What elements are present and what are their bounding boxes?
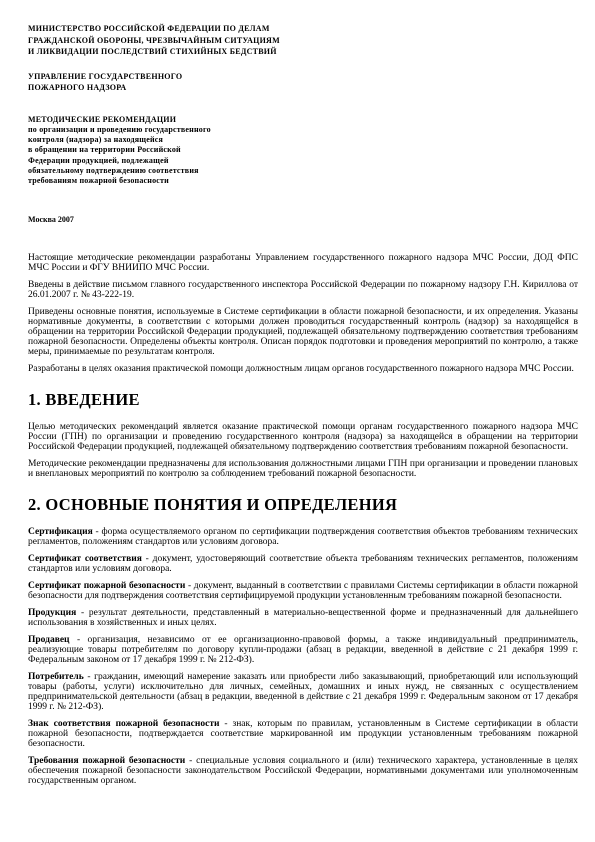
- ministry-header-line: МИНИСТЕРСТВО РОССИЙСКОЙ ФЕДЕРАЦИИ ПО ДЕЛ…: [28, 23, 578, 35]
- definition-paragraph: Требования пожарной безопасности - специ…: [28, 756, 578, 786]
- definition-term: Сертификат пожарной безопасности: [28, 581, 185, 591]
- document-title-line: требованиям пожарной безопасности: [28, 176, 578, 186]
- definition-term: Сертификация: [28, 527, 93, 537]
- definition-term: Продавец: [28, 635, 70, 645]
- definition-text: - организация, независимо от ее организа…: [28, 635, 578, 665]
- definition-paragraph: Сертификация - форма осуществляемого орг…: [28, 527, 578, 547]
- definition-paragraph: Продавец - организация, независимо от ее…: [28, 635, 578, 665]
- department-header-line: УПРАВЛЕНИЕ ГОСУДАРСТВЕННОГО: [28, 71, 578, 83]
- definition-term: Продукция: [28, 608, 76, 618]
- definition-text: - форма осуществляемого органом по серти…: [28, 527, 578, 547]
- definition-term: Требования пожарной безопасности: [28, 756, 185, 766]
- definition-paragraph: Сертификат соответствия - документ, удос…: [28, 554, 578, 574]
- section-2-heading: 2. ОСНОВНЫЕ ПОНЯТИЯ И ОПРЕДЕЛЕНИЯ: [28, 495, 578, 515]
- definition-paragraph: Знак соответствия пожарной безопасности …: [28, 719, 578, 749]
- definition-term: Знак соответствия пожарной безопасности: [28, 719, 219, 729]
- intro-paragraph: Разработаны в целях оказания практическо…: [28, 364, 578, 374]
- definition-term: Потребитель: [28, 672, 84, 682]
- intro-paragraph: Введены в действие письмом главного госу…: [28, 280, 578, 300]
- document-title-line: МЕТОДИЧЕСКИЕ РЕКОМЕНДАЦИИ: [28, 115, 578, 125]
- intro-paragraph: Настоящие методические рекомендации разр…: [28, 253, 578, 273]
- definition-paragraph: Потребитель - гражданин, имеющий намерен…: [28, 672, 578, 712]
- ministry-header: МИНИСТЕРСТВО РОССИЙСКОЙ ФЕДЕРАЦИИ ПО ДЕЛ…: [28, 23, 578, 58]
- place-year: Москва 2007: [28, 215, 578, 225]
- document-title-line: в обращении на территории Российской: [28, 145, 578, 155]
- section-1-paragraph: Целью методических рекомендаций является…: [28, 422, 578, 452]
- ministry-header-line: ГРАЖДАНСКОЙ ОБОРОНЫ, ЧРЕЗВЫЧАЙНЫМ СИТУАЦ…: [28, 35, 578, 47]
- section-1-heading: 1. ВВЕДЕНИЕ: [28, 390, 578, 410]
- section-1-paragraph: Методические рекомендации предназначены …: [28, 459, 578, 479]
- definition-paragraph: Продукция - результат деятельности, пред…: [28, 608, 578, 628]
- intro-paragraph: Приведены основные понятия, используемые…: [28, 307, 578, 357]
- definition-term: Сертификат соответствия: [28, 554, 142, 564]
- definition-text: - гражданин, имеющий намерение заказать …: [28, 672, 578, 712]
- department-header-line: ПОЖАРНОГО НАДЗОРА: [28, 82, 578, 94]
- document-title: МЕТОДИЧЕСКИЕ РЕКОМЕНДАЦИИ по организации…: [28, 115, 578, 187]
- document-title-line: Федерации продукцией, подлежащей: [28, 156, 578, 166]
- department-header: УПРАВЛЕНИЕ ГОСУДАРСТВЕННОГО ПОЖАРНОГО НА…: [28, 71, 578, 94]
- definition-paragraph: Сертификат пожарной безопасности - докум…: [28, 581, 578, 601]
- document-title-line: по организации и проведению государствен…: [28, 125, 578, 135]
- document-page: МИНИСТЕРСТВО РОССИЙСКОЙ ФЕДЕРАЦИИ ПО ДЕЛ…: [0, 0, 595, 842]
- section-2-body: Сертификация - форма осуществляемого орг…: [28, 527, 578, 786]
- intro-section: Настоящие методические рекомендации разр…: [28, 253, 578, 374]
- document-title-line: обязательному подтверждению соответствия: [28, 166, 578, 176]
- definition-text: - результат деятельности, представленный…: [28, 608, 578, 628]
- document-title-line: контроля (надзора) за находящейся: [28, 135, 578, 145]
- ministry-header-line: И ЛИКВИДАЦИИ ПОСЛЕДСТВИЙ СТИХИЙНЫХ БЕДСТ…: [28, 46, 578, 58]
- section-1-body: Целью методических рекомендаций является…: [28, 422, 578, 479]
